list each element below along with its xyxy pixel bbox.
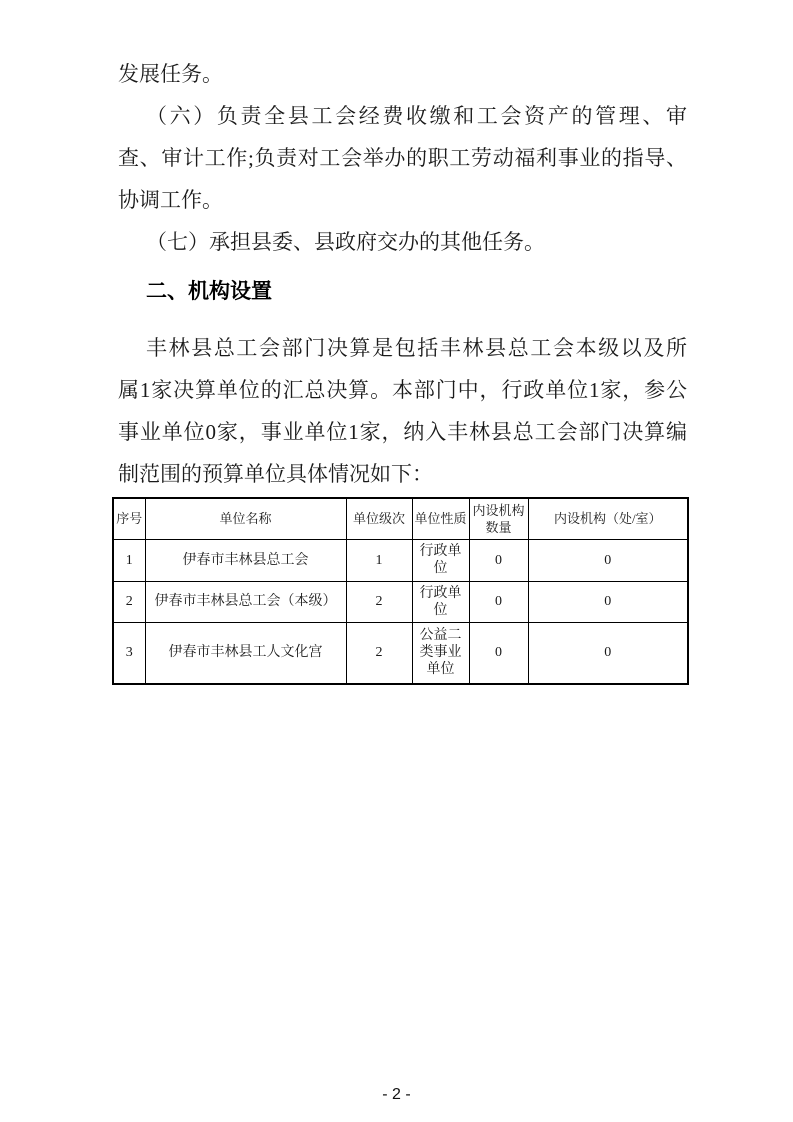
table-cell: 伊春市丰林县工人文化宫 xyxy=(145,622,346,684)
table-cell: 1 xyxy=(346,539,412,581)
table-cell: 0 xyxy=(528,622,688,684)
table-header-cell: 单位性质 xyxy=(412,498,469,539)
page-number: - 2 - xyxy=(0,1086,793,1104)
body-line: 丰林县总工会部门决算是包括丰林县总工会本级以及所 xyxy=(118,327,687,369)
body-line: 属1家决算单位的汇总决算。本部门中，行政单位1家，参公 xyxy=(118,369,687,411)
table-header-cell: 单位名称 xyxy=(145,498,346,539)
table-cell: 0 xyxy=(528,581,688,622)
body-line: 协调工作。 xyxy=(118,179,687,221)
document-content: 发展任务。 （六）负责全县工会经费收缴和工会资产的管理、审 查、审计工作;负责对… xyxy=(118,53,687,685)
table-cell: 伊春市丰林县总工会 xyxy=(145,539,346,581)
table-cell: 2 xyxy=(113,581,145,622)
table-row: 2 伊春市丰林县总工会（本级） 2 行政单位 0 0 xyxy=(113,581,688,622)
body-line: 查、审计工作;负责对工会举办的职工劳动福利事业的指导、 xyxy=(118,137,687,179)
table-cell: 0 xyxy=(528,539,688,581)
table-row: 3 伊春市丰林县工人文化宫 2 公益二类事业单位 0 0 xyxy=(113,622,688,684)
budget-units-table: 序号 单位名称 单位级次 单位性质 内设机构数量 内设机构（处/室） 1 伊春市… xyxy=(112,497,689,685)
body-line: 制范围的预算单位具体情况如下： xyxy=(118,453,687,495)
table-cell: 0 xyxy=(469,581,528,622)
table-cell: 0 xyxy=(469,622,528,684)
table-header-cell: 内设机构（处/室） xyxy=(528,498,688,539)
table-row: 1 伊春市丰林县总工会 1 行政单位 0 0 xyxy=(113,539,688,581)
table-cell: 公益二类事业单位 xyxy=(412,622,469,684)
body-line: 事业单位0家，事业单位1家，纳入丰林县总工会部门决算编 xyxy=(118,411,687,453)
body-line: （六）负责全县工会经费收缴和工会资产的管理、审 xyxy=(118,95,687,137)
table-header-cell: 内设机构数量 xyxy=(469,498,528,539)
body-line: 发展任务。 xyxy=(118,53,687,95)
table-cell: 2 xyxy=(346,581,412,622)
table-cell: 0 xyxy=(469,539,528,581)
table-cell: 伊春市丰林县总工会（本级） xyxy=(145,581,346,622)
table-header-cell: 单位级次 xyxy=(346,498,412,539)
table-header-cell: 序号 xyxy=(113,498,145,539)
table-cell: 行政单位 xyxy=(412,581,469,622)
section-heading: 二、机构设置 xyxy=(118,271,687,313)
table-cell: 行政单位 xyxy=(412,539,469,581)
table-cell: 1 xyxy=(113,539,145,581)
body-line: （七）承担县委、县政府交办的其他任务。 xyxy=(118,221,687,263)
table-header-row: 序号 单位名称 单位级次 单位性质 内设机构数量 内设机构（处/室） xyxy=(113,498,688,539)
document-page: 发展任务。 （六）负责全县工会经费收缴和工会资产的管理、审 查、审计工作;负责对… xyxy=(0,0,793,1122)
table-cell: 2 xyxy=(346,622,412,684)
table-cell: 3 xyxy=(113,622,145,684)
